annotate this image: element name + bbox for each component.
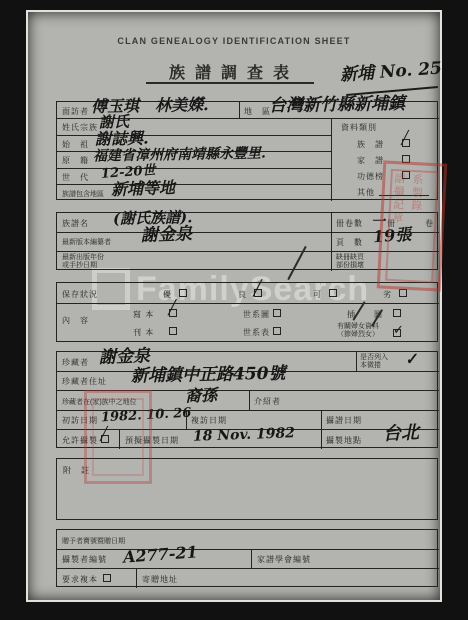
first-ancestor-value: 謝誌興. xyxy=(95,131,149,148)
address-label: 珍藏者住址 xyxy=(62,376,107,387)
compiler-label: 最新版本編纂者 xyxy=(62,237,111,247)
table-donation: 贈予者寶號暨贈日期 攝製者編號 A277-21 家譜學會編號 要求複本 寄贈地址 xyxy=(56,529,438,587)
send-address-label: 寄贈地址 xyxy=(142,574,178,585)
women-records-checkbox: ✓ xyxy=(393,329,401,337)
area-value: 台灣新竹縣新埔鎮 xyxy=(269,96,405,115)
generations-label: 世 代 xyxy=(62,172,89,183)
category-option-jiapu: 家 譜 xyxy=(357,155,384,166)
missing-label: 缺冊缺頁 部份損壞 xyxy=(336,254,364,270)
introducer-label: 介紹者 xyxy=(254,396,281,407)
category-option-zupu: 族 譜 xyxy=(357,139,384,150)
content-opt-printed: 刊 本 xyxy=(133,327,154,338)
donor-label: 贈予者寶號暨贈日期 xyxy=(62,536,125,546)
condition-opt-good: 良 xyxy=(238,289,247,300)
english-title: CLAN GENEALOGY IDENTIFICATION SHEET xyxy=(28,36,440,46)
zupu-checkbox: ╱ xyxy=(402,139,410,147)
category-option-gongdebang: 功德榜 xyxy=(357,171,384,182)
holder-label: 珍藏者 xyxy=(62,357,89,368)
missing-label-line1: 缺冊缺頁 xyxy=(336,254,364,261)
form-page: CLAN GENEALOGY IDENTIFICATION SHEET 族譜調查… xyxy=(26,10,442,602)
scanned-document: CLAN GENEALOGY IDENTIFICATION SHEET 族譜調查… xyxy=(0,0,468,620)
pedigree-chart-checkbox xyxy=(273,309,281,317)
surname-label: 姓氏宗族 xyxy=(62,122,98,133)
coverage-label: 族譜包含地區 xyxy=(62,189,104,199)
condition-label: 保存狀況 xyxy=(62,289,98,300)
origin-label: 原 籍 xyxy=(62,155,89,166)
illustrations-checkbox xyxy=(393,309,401,317)
compiler-value: 謝金泉 xyxy=(141,226,193,245)
printed-checkbox xyxy=(169,327,177,335)
content-label: 內 容 xyxy=(62,315,89,326)
microfilm-checkmark: ✓ xyxy=(404,351,419,368)
good-checkmark: ╱ xyxy=(253,279,262,297)
location-value: 台北 xyxy=(383,424,420,444)
copy-request-checkbox xyxy=(103,574,111,582)
red-seal-stamp-right-text: 譜 系 攝 製 記 錄 章 xyxy=(385,169,439,283)
position-value: 裔孫 xyxy=(185,387,218,404)
pubyear-label-line1: 最新出版年份 xyxy=(62,254,104,261)
society-number-label: 家譜學會編號 xyxy=(257,554,311,565)
copy-request-label: 要求複本 xyxy=(62,574,98,585)
missing-label-line2: 部份損壞 xyxy=(336,262,364,269)
excellent-checkbox xyxy=(179,289,187,297)
address-value: 新埔鎮中正路450號 xyxy=(131,366,286,386)
red-seal-stamp-right: 譜 系 攝 製 記 錄 章 xyxy=(377,160,448,291)
zupu-checkmark: ╱ xyxy=(401,131,409,146)
coverage-value: 新埔等地 xyxy=(111,180,176,198)
first-ancestor-label: 始 祖 xyxy=(62,139,89,150)
manuscript-checkmark: ╱ xyxy=(168,300,176,316)
poor-checkbox xyxy=(399,289,407,297)
area-label: 地 區 xyxy=(244,106,271,117)
holder-value: 謝金泉 xyxy=(99,348,151,367)
condition-opt-poor: 劣 xyxy=(383,289,392,300)
condition-opt-fair: 可 xyxy=(313,289,322,300)
pages-label: 頁 數 xyxy=(336,237,363,248)
fair-checkbox xyxy=(329,289,337,297)
title-underline xyxy=(146,82,314,84)
revisit-label: 複訪日期 xyxy=(191,415,227,426)
content-opt-pedigree-table: 世系表 xyxy=(243,327,270,338)
pedigree-table-checkbox xyxy=(273,327,281,335)
book-title-label: 族譜名 xyxy=(62,218,89,229)
condition-opt-excellent: 優 xyxy=(163,289,172,300)
category-option-other: 其他 xyxy=(357,187,375,198)
filmer-number-label: 攝製者編號 xyxy=(62,554,107,565)
pubyear-label-line2: 或手抄日期 xyxy=(62,262,97,269)
women-records-line2: （節婦烈女） xyxy=(337,331,379,338)
planned-value: 18 Nov. 1982 xyxy=(193,426,295,444)
filmer-number-value: A277-21 xyxy=(123,544,199,565)
manuscript-checkbox: ╱ xyxy=(169,309,177,317)
category-header: 資料類別 xyxy=(341,122,377,133)
pubyear-label: 最新出版年份 或手抄日期 xyxy=(62,254,104,270)
red-seal-stamp-left-text xyxy=(92,398,144,476)
origin-value: 福建省漳州府南靖縣永豐里. xyxy=(93,146,266,163)
table-identification: 面訪者 傅玉琪 林美嬫. 地 區 台灣新竹縣新埔鎮 姓氏宗族 謝氏 始 祖 謝誌… xyxy=(56,101,438,200)
good-checkbox: ╱ xyxy=(254,289,262,297)
content-opt-manuscript: 寫 本 xyxy=(133,309,154,320)
microfilm-label-line1: 是否列入 xyxy=(360,354,388,361)
filming-date-label: 攝譜日期 xyxy=(326,415,362,426)
location-label: 攝製地點 xyxy=(326,435,362,446)
women-records-checkmark: ✓ xyxy=(393,323,404,338)
content-opt-pedigree-chart: 世系圖 xyxy=(243,309,270,320)
microfilm-label-line2: 本微捲 xyxy=(360,362,381,369)
interviewer-label: 面訪者 xyxy=(62,106,89,117)
microfilm-label: 是否列入 本微捲 xyxy=(360,354,388,370)
red-seal-stamp-left xyxy=(84,390,152,484)
volumes-label: 冊卷數 xyxy=(336,218,363,229)
